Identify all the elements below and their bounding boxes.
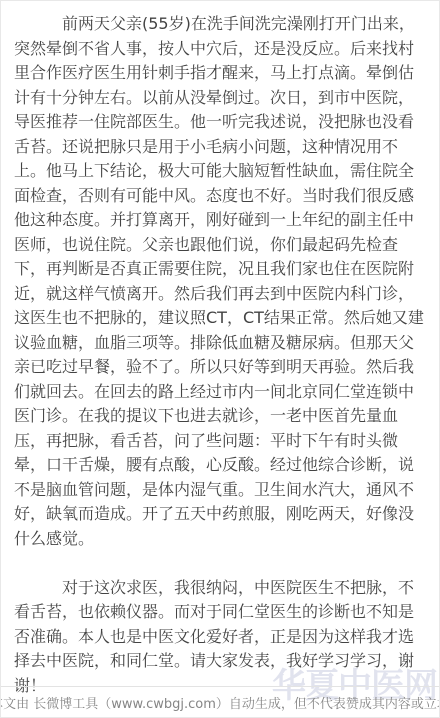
- article-paragraph: 前两天父亲(55岁)在洗手间洗完澡刚打开门出来，突然晕倒不省人事，按人中穴后，还…: [14, 12, 426, 551]
- article-body: 前两天父亲(55岁)在洗手间洗完澡刚打开门出来，突然晕倒不省人事，按人中穴后，还…: [1, 1, 439, 698]
- footer-disclaimer: 本文由 长微博工具（www.cwbgj.com）自动生成，但不代表赞成其内容或立…: [0, 693, 440, 712]
- article-paragraph: 对于这次求医，我很纳闷，中医院医生不把脉，不看舌苔，也依赖仪器。而对于同仁堂医生…: [14, 576, 426, 699]
- article-page: 前两天父亲(55岁)在洗手间洗完澡刚打开门出来，突然晕倒不省人事，按人中穴后，还…: [0, 0, 440, 718]
- footer-bar: 本文由 长微博工具（www.cwbgj.com）自动生成，但不代表赞成其内容或立…: [1, 686, 439, 717]
